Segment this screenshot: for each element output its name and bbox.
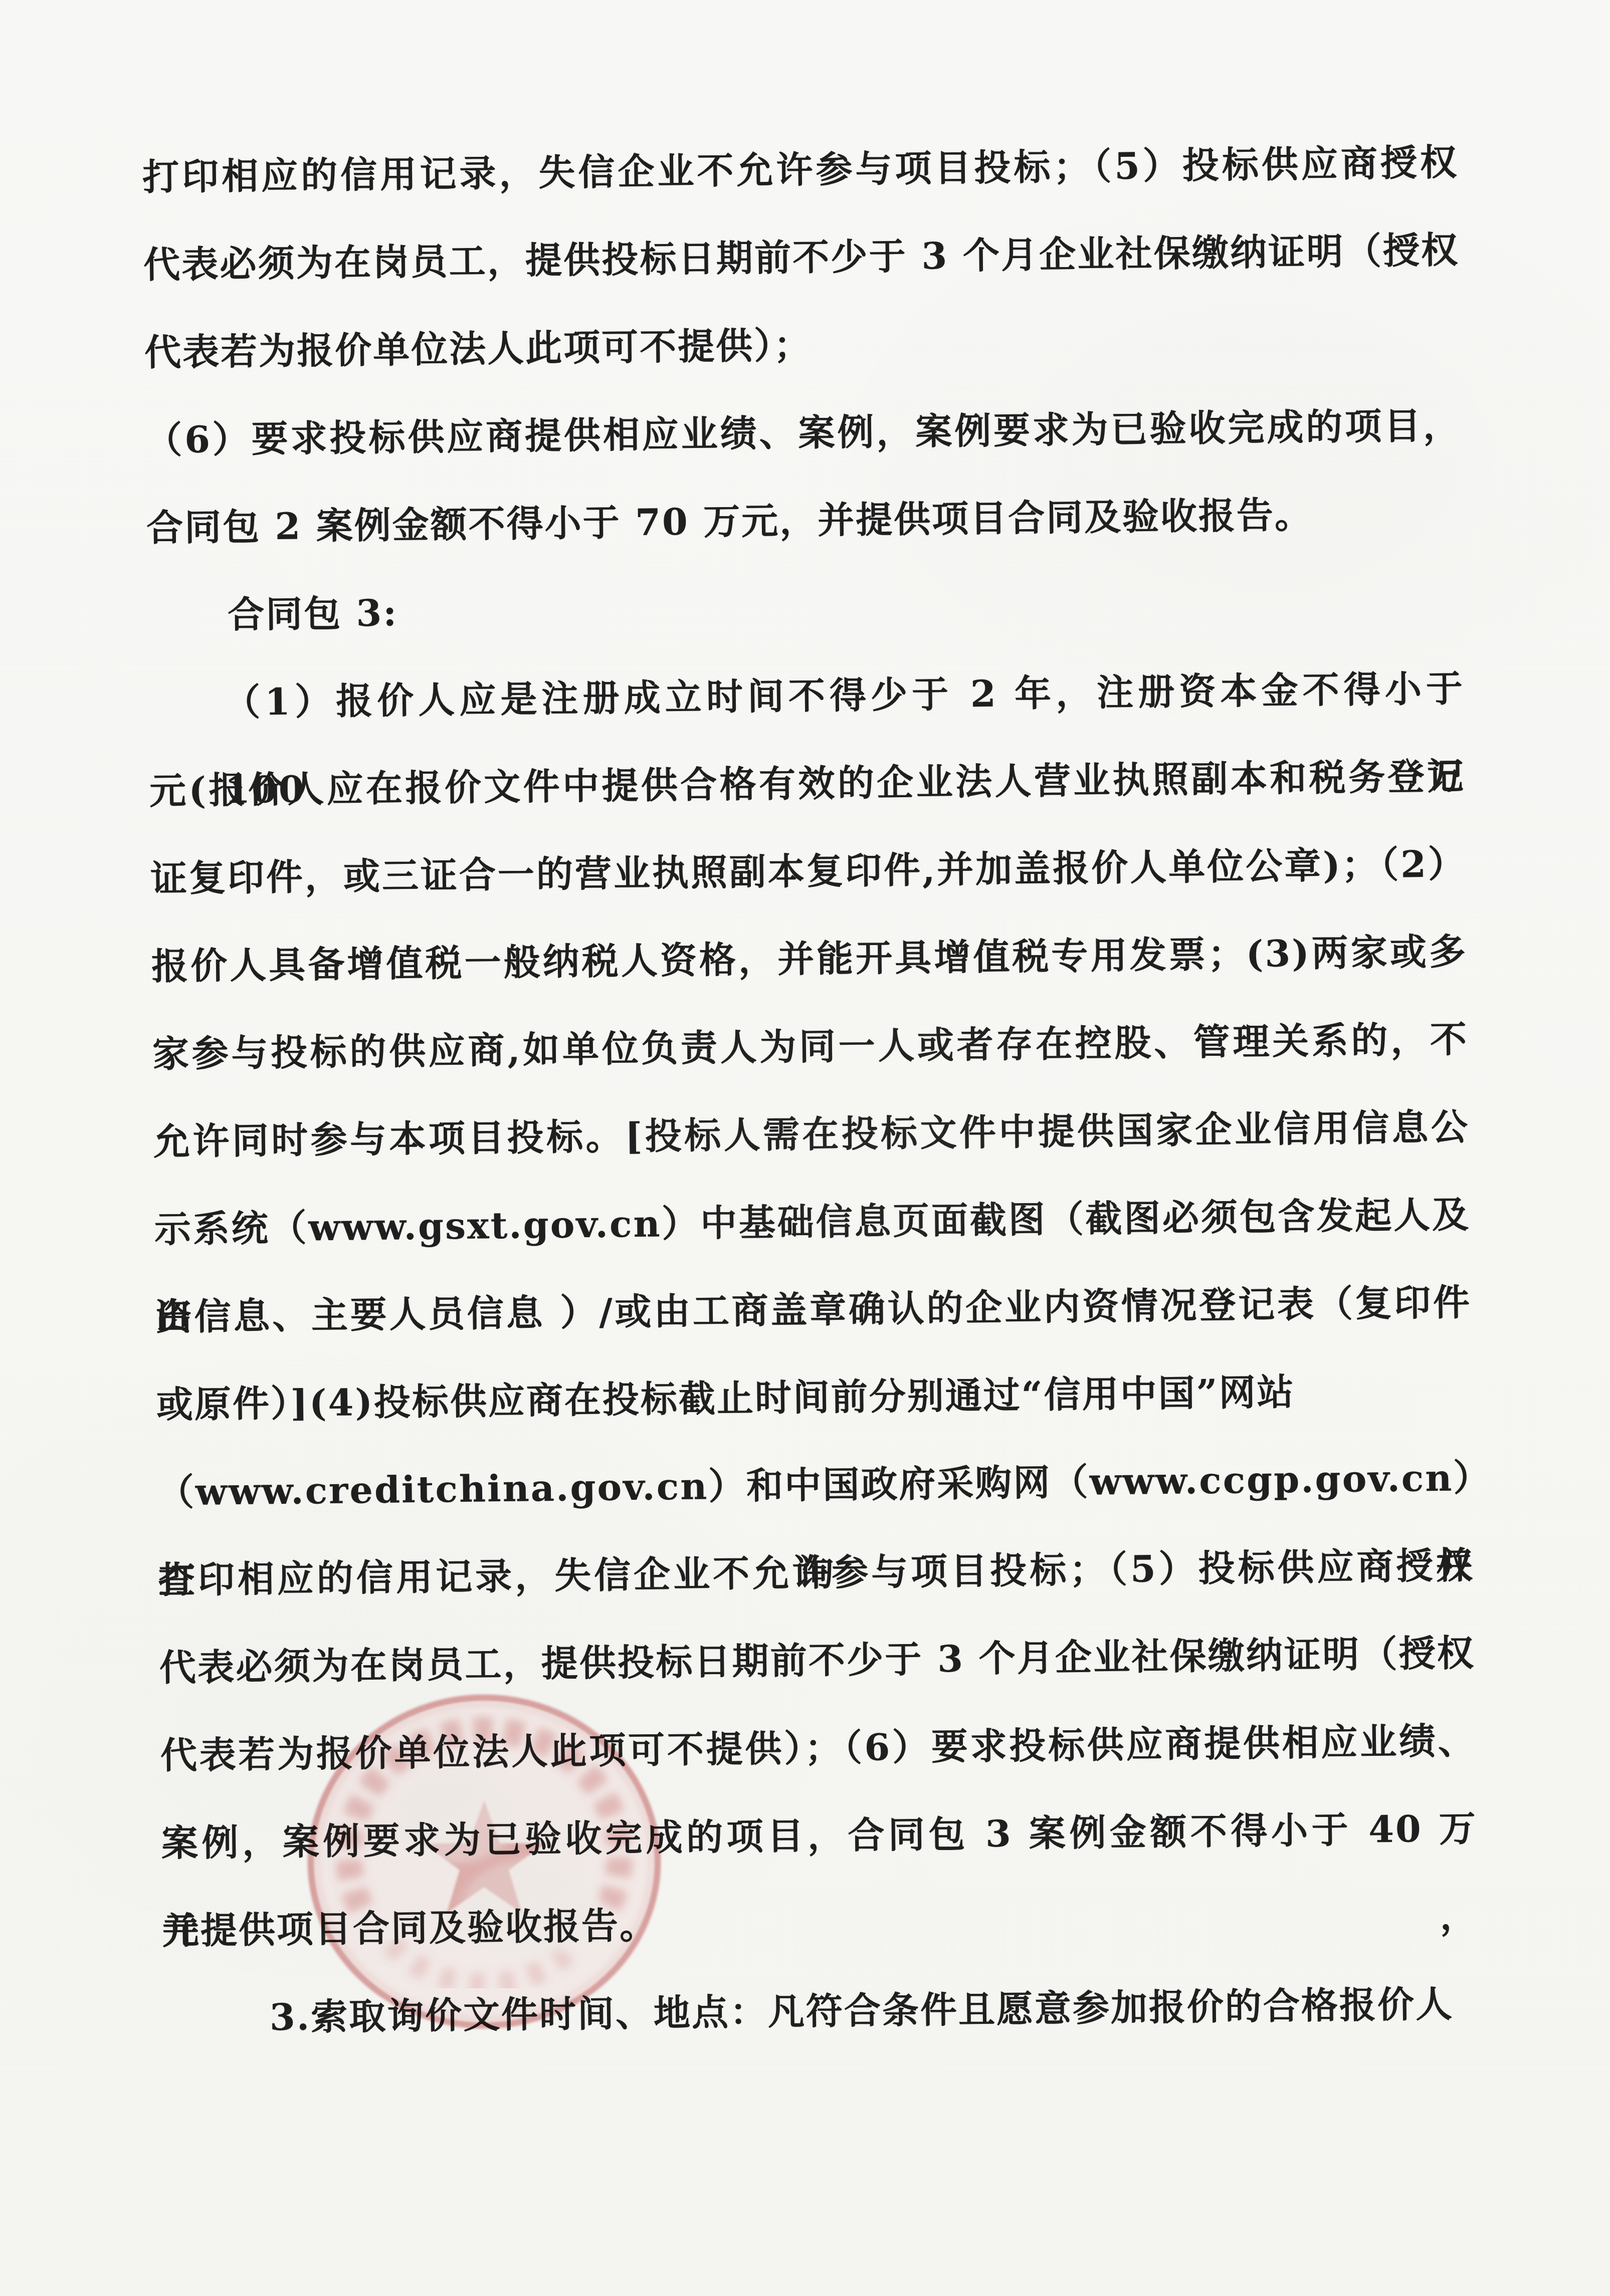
text-line: 资信息、主要人员信息 ）/或由工商盖章确认的企业内资情况登记表（复印件 — [155, 1259, 1472, 1361]
text-line: 合同包 2 案例金额不得小于 70 万元，并提供项目合同及验收报告。 — [146, 470, 1463, 572]
text-line: 合同包 3: — [147, 557, 1464, 660]
text-line: 代表若为报价单位法人此项可不提供）；（6）要求投标供应商提供相应业绩、 — [160, 1697, 1477, 1800]
text-line: 报价人具备增值税一般纳税人资格，并能开具增值税专用发票；(3)两家或多 — [151, 908, 1468, 1011]
text-line: （6）要求投标供应商提供相应业绩、案例，案例要求为已验收完成的项目， — [145, 382, 1462, 485]
body-text: 打印相应的信用记录，失信企业不允许参与项目投标；（5）投标供应商授权 代表必须为… — [142, 119, 1480, 2063]
text-line: 家参与投标的供应商,如单位负责人为同一人或者存在控股、管理关系的，不 — [152, 996, 1469, 1098]
document-page: 打印相应的信用记录，失信企业不允许参与项目投标；（5）投标供应商授权 代表必须为… — [0, 0, 1610, 2296]
text-line: 打印相应的信用记录，失信企业不允许参与项目投标；（5）投标供应商授权 — [158, 1522, 1475, 1625]
text-line: （www.creditchina.gov.cn）和中国政府采购网（www.ccg… — [157, 1434, 1474, 1537]
text-line: 元(报价人应在报价文件中提供合格有效的企业法人营业执照副本和税务登记 — [149, 733, 1466, 835]
text-line: 证复印件，或三证合一的营业执照副本复印件,并加盖报价人单位公章)；（2） — [150, 820, 1467, 923]
text-line: 3.索取询价文件时间、地点：凡符合条件且愿意参加报价的合格报价人 — [163, 1960, 1480, 2063]
text-line: 允许同时参与本项目投标。[投标人需在投标文件中提供国家企业信用信息公 — [153, 1083, 1470, 1186]
text-line: 代表必须为在岗员工，提供投标日期前不少于 3 个月企业社保缴纳证明（授权 — [159, 1610, 1476, 1712]
text-line: 打印相应的信用记录，失信企业不允许参与项目投标；（5）投标供应商授权 — [142, 119, 1459, 221]
text-line: 示系统（www.gsxt.gov.cn）中基础信息页面截图（截图必须包含发起人及… — [154, 1171, 1471, 1274]
text-line: 或原件）](4)投标供应商在投标截止时间前分别通过“信用中国”网站 — [156, 1346, 1473, 1449]
text-line: （1）报价人应是注册成立时间不得少于 2 年，注册资本金不得小于 100 万 — [148, 645, 1465, 748]
text-line: 案例，案例要求为已验收完成的项目，合同包 3 案例金额不得小于 40 万元， — [161, 1785, 1478, 1888]
text-line: 代表必须为在岗员工，提供投标日期前不少于 3 个月企业社保缴纳证明（授权 — [143, 206, 1460, 309]
text-line: 代表若为报价单位法人此项可不提供）； — [144, 294, 1461, 397]
